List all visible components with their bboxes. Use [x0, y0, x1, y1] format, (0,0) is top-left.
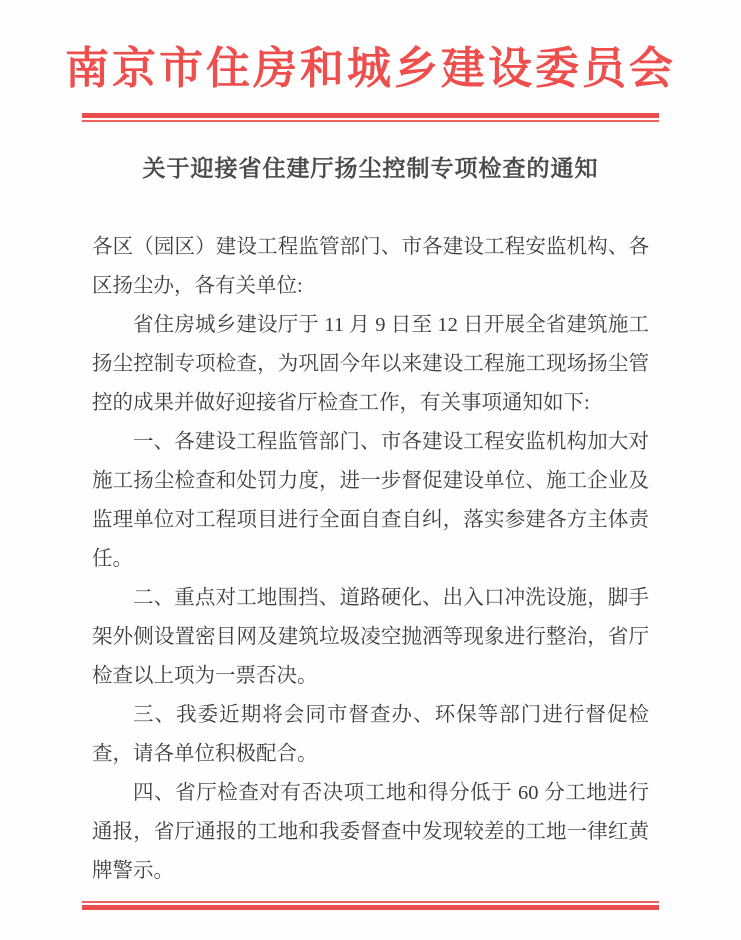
document-title: 关于迎接省住建厅扬尘控制专项检查的通知: [0, 152, 741, 184]
footer-red-rule-thick: [82, 905, 659, 910]
body-paragraph-item-4: 四、省厅检查对有否决项工地和得分低于 60 分工地进行通报，省厅通报的工地和我委…: [92, 774, 649, 891]
body-paragraph-item-3: 三、我委近期将会同市督查办、环保等部门进行督促检查，请各单位积极配合。: [92, 696, 649, 774]
salutation: 各区（园区）建设工程监管部门、市各建设工程安监机构、各区扬尘办，各有关单位:: [92, 228, 649, 306]
letterhead-org-name: 南京市住房和城乡建设委员会: [0, 42, 741, 95]
header-red-rule-thick: [82, 113, 659, 118]
footer-red-rule-thin: [82, 901, 659, 903]
document-body: 各区（园区）建设工程监管部门、市各建设工程安监机构、各区扬尘办，各有关单位: 省…: [92, 228, 649, 891]
footer-red-rule: [82, 901, 659, 910]
body-paragraph-item-2: 二、重点对工地围挡、道路硬化、出入口冲洗设施，脚手架外侧设置密目网及建筑垃圾凌空…: [92, 579, 649, 696]
document-page: 南京市住房和城乡建设委员会 关于迎接省住建厅扬尘控制专项检查的通知 各区（园区）…: [0, 0, 741, 940]
body-paragraph-item-1: 一、各建设工程监管部门、市各建设工程安监机构加大对施工扬尘检查和处罚力度，进一步…: [92, 423, 649, 579]
body-paragraph-intro: 省住房城乡建设厅于 11 月 9 日至 12 日开展全省建筑施工扬尘控制专项检查…: [92, 306, 649, 423]
header-red-rule: [82, 113, 659, 122]
header-red-rule-thin: [82, 120, 659, 122]
